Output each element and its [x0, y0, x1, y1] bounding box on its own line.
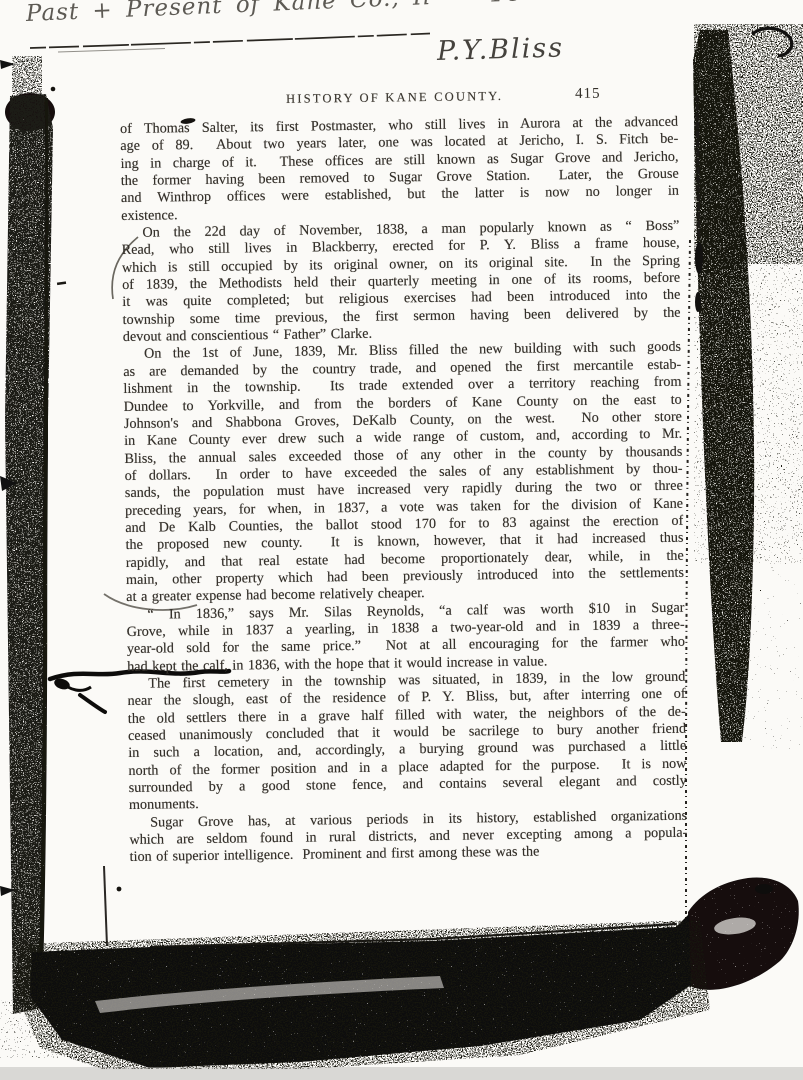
- running-header: HISTORY OF KANE COUNTY.: [286, 89, 503, 107]
- page-bottom-left-edge: [104, 866, 107, 946]
- right-speckle-mid: [694, 264, 803, 564]
- page-header-row: HISTORY OF KANE COUNTY. 415: [120, 85, 678, 112]
- paragraph: “ In 1836,” says Mr. Silas Reynolds, “a …: [126, 599, 685, 676]
- bottom-shadow-fuzz: [14, 920, 710, 1075]
- right-speckle-lower: [738, 560, 803, 750]
- left-margin-nick-1: [0, 60, 15, 69]
- handwritten-year: 1878: [489, 0, 561, 8]
- left-margin-nick-3: [0, 886, 15, 896]
- scanned-book-page: Past + Present of Kane Co., Il 1878 P.Y.…: [0, 0, 803, 1080]
- handwritten-title-text: Past + Present of Kane Co., Il: [25, 0, 431, 27]
- left-margin-nick-2: [0, 476, 17, 491]
- handwritten-owner-note: P.Y.Bliss: [437, 32, 565, 67]
- page-number: 415: [575, 86, 601, 103]
- page-top-edge-line: [30, 34, 430, 49]
- stray-ink-dot: [51, 87, 56, 92]
- left-edge-shadow-top: [12, 56, 42, 98]
- page-top-edge-line-2: [58, 49, 165, 53]
- paragraph: of Thomas Salter, its first Postmaster, …: [120, 114, 679, 225]
- ink-knot-loop: [60, 681, 91, 690]
- body-text-block: of Thomas Salter, its first Postmaster, …: [120, 114, 688, 867]
- pencil-dash-mark: [57, 281, 66, 285]
- stray-dot-bottom-left: [117, 887, 122, 892]
- scanner-bed-strip: [0, 1069, 803, 1080]
- bottom-light-streak: [95, 976, 444, 1013]
- paragraph: Sugar Grove has, at various periods in i…: [129, 807, 688, 866]
- bottom-shadow-band: [30, 914, 691, 1068]
- corner-light-slash: [713, 915, 757, 937]
- left-edge-blob: [5, 93, 55, 131]
- left-lower-speckle: [0, 1000, 58, 1058]
- page-right-edge-upper: [697, 95, 699, 240]
- edge-blob-2: [695, 292, 701, 312]
- right-speckle-upper: [694, 24, 803, 264]
- paragraph: On the 22d day of November, 1838, a man …: [121, 218, 681, 347]
- ink-knot: [53, 677, 71, 691]
- edge-blob-1: [695, 242, 703, 274]
- paragraph: The first cemetery in the township was s…: [127, 669, 687, 815]
- bottom-right-corner-shadow: [688, 878, 799, 990]
- left-edge-dark-line: [40, 98, 48, 1006]
- corner-squiggle-top-right: [752, 28, 792, 56]
- page-bottom-edge-line: [150, 924, 676, 947]
- paragraph: On the 1st of June, 1839, Mr. Bliss fill…: [123, 339, 684, 606]
- ink-tail-stroke: [80, 695, 105, 712]
- right-diagonal-shadow-band: [693, 30, 754, 742]
- left-edge-shadow-band: [5, 94, 53, 1014]
- corner-blob: [755, 884, 773, 894]
- handwritten-title-note: Past + Present of Kane Co., Il 1878: [25, 0, 546, 27]
